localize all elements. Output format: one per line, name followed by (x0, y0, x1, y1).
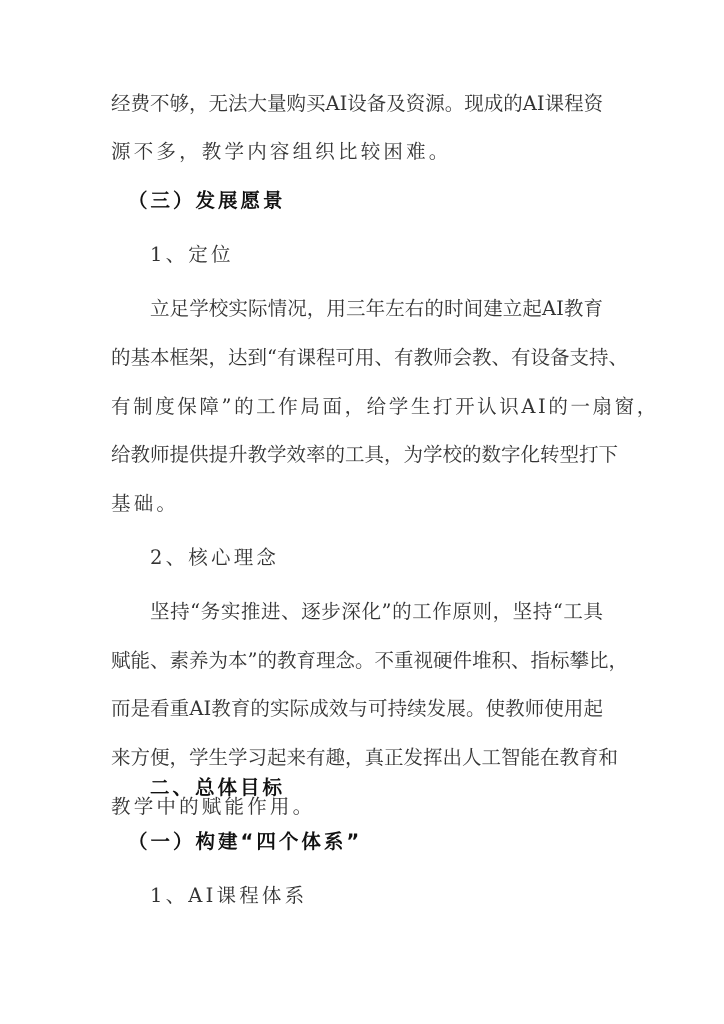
subsection-heading: 1、AI课程体系 (150, 884, 307, 908)
chapter-heading: 二、总体目标 (150, 776, 285, 800)
subsection-heading: 2、核心理念 (150, 546, 279, 570)
paragraph-line: 赋能、素养为本”的教育理念。不重视硬件堆积、指标攀比， (111, 649, 603, 673)
paragraph-line: 有制度保障”的工作局面，给学生打开认识AI的一扇窗， (111, 395, 659, 419)
paragraph-line: 坚持“务实推进、逐步深化”的工作原则，坚持“工具 (150, 600, 603, 624)
paragraph-line: 立足学校实际情况，用三年左右的时间建立起AI教育 (150, 297, 603, 321)
paragraph-line: 而是看重AI教育的实际成效与可持续发展。使教师使用起 (111, 697, 603, 721)
paragraph-line: 源不多，教学内容组织比较困难。 (111, 140, 452, 164)
subsection-heading: 1、定位 (150, 243, 234, 267)
paragraph-line: 经费不够，无法大量购买AI设备及资源。现成的AI课程资 (111, 92, 603, 116)
paragraph-line: 基础。 (111, 492, 179, 516)
section-heading: （一）构建“四个体系” (128, 830, 362, 854)
paragraph-line: 来方便，学生学习起来有趣，真正发挥出人工智能在教育和 (111, 746, 603, 770)
section-heading: （三）发展愿景 (128, 189, 286, 213)
paragraph-line: 给教师提供提升教学效率的工具，为学校的数字化转型打下 (111, 443, 603, 467)
paragraph-line: 的基本框架，达到“有课程可用、有教师会教、有设备支持、 (111, 346, 603, 370)
